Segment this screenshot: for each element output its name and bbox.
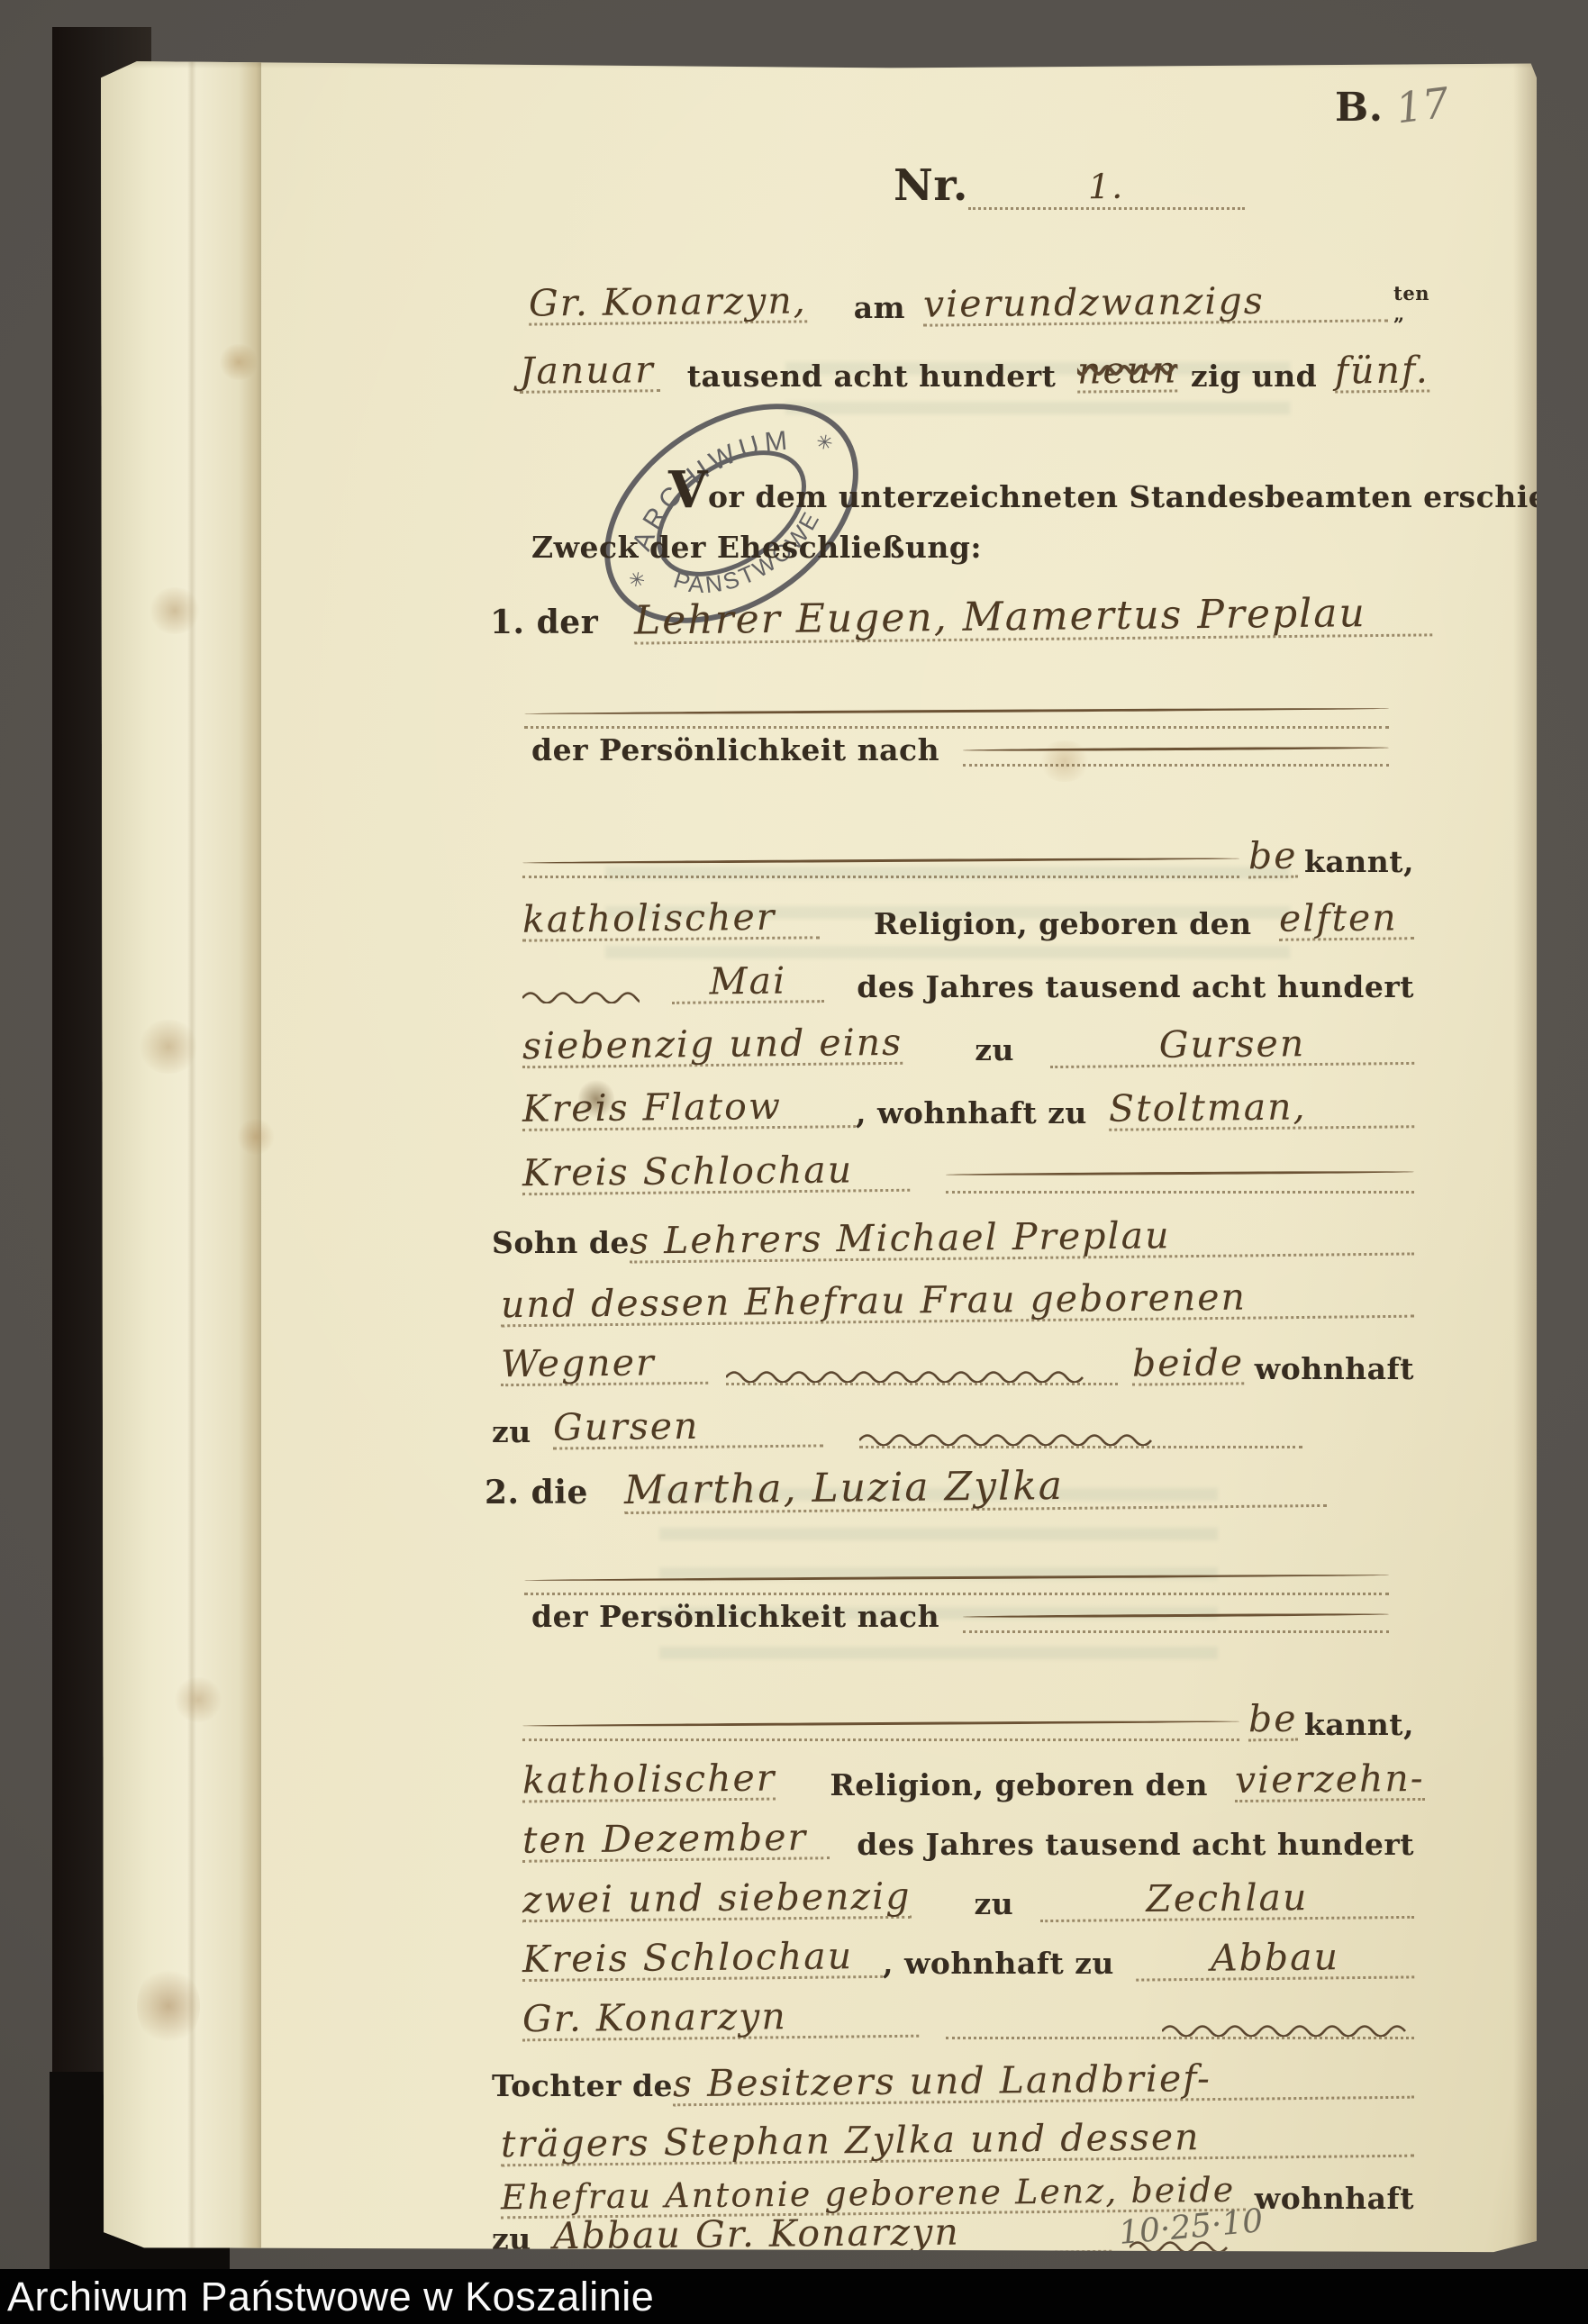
crossed-out-line	[963, 724, 1389, 767]
bride-birth-place-handwritten: Zechlau	[1040, 1877, 1414, 1922]
groom-residence-handwritten: Stoltman,	[1109, 1086, 1415, 1131]
bride-parents-residence-handwritten: Abbau Gr. Konarzyn	[553, 2211, 1112, 2259]
form-intro-line2: Zweck der Eheschließung:	[531, 531, 982, 564]
groom-birth-year-line: siebenzig und eins zu Gursen	[522, 1025, 1414, 1067]
crossed-out-line	[524, 686, 1389, 729]
groom-index-label: 1. der	[490, 605, 598, 641]
zu-label: zu	[975, 1888, 1014, 1920]
record-number-line: Nr. 1.	[894, 162, 1245, 210]
bride-father-handwritten: s Besitzers und Landbrief-	[673, 2057, 1414, 2107]
groom-birth-kreis-handwritten: Kreis Flatow	[522, 1086, 856, 1131]
groom-identity-line: der Persönlichkeit nach	[531, 724, 1389, 767]
bride-mother-line: Ehefrau Antonie geborene Lenz, beide woh…	[501, 2176, 1414, 2215]
bride-religion-handwritten: katholischer	[522, 1759, 776, 1803]
bride-bekannt-line: be kannt,	[522, 1699, 1414, 1741]
bride-birth-month-handwritten: ten Dezember	[522, 1818, 830, 1863]
groom-birth-month-line: Mai des Jahres tausend acht hundert	[522, 962, 1414, 1003]
year-units-handwritten: fünf.	[1335, 350, 1429, 393]
dash-fill	[946, 1151, 1414, 1194]
bride-birth-month-line: ten Dezember des Jahres tausend acht hun…	[522, 1820, 1414, 1861]
be-handwritten: be	[1248, 837, 1297, 879]
pers-label: der Persönlichkeit nach	[531, 734, 939, 767]
groom-parents-residence-line: zu Gursen	[492, 1407, 1302, 1448]
groom-father-handwritten: s Lehrers Michael Preplau	[630, 1213, 1415, 1263]
year-tens-handwritten: neun	[1077, 350, 1178, 393]
marriage-place-handwritten: Gr. Konarzyn,	[529, 282, 807, 326]
bride-name-handwritten: Martha, Luzia Zylka	[624, 1463, 1327, 1514]
marriage-month-handwritten: Januar	[520, 350, 660, 394]
crossed-out-line	[522, 836, 1239, 878]
page-top-shadow	[101, 56, 1537, 68]
bride-birth-day-handwritten: vierzehn-	[1235, 1759, 1425, 1802]
nr-label: Nr.	[894, 162, 968, 210]
pencil-annotation: 10·25·10	[1119, 2209, 1263, 2246]
bride-residence2-line: Gr. Konarzyn	[522, 1998, 1414, 2039]
nr-value-handwritten: 1.	[1088, 169, 1125, 207]
zu2-label: zu	[492, 2223, 531, 2256]
bride-father2-line: trägers Stephan Zylka und dessen	[501, 2120, 1414, 2162]
bride-identity-line: der Persönlichkeit nach	[531, 1591, 1389, 1633]
pencil-page-number: 17	[1393, 78, 1451, 133]
bride-religion-line: katholischer Religion, geboren den vierz…	[522, 1760, 1414, 1802]
crossed-out-line	[524, 1553, 1389, 1595]
groom-birth-month-handwritten: Mai	[672, 961, 824, 1004]
intro-text: Vor dem unterzeichneten Standesbeamten e…	[668, 463, 1588, 519]
groom-birth-place-handwritten: Gursen	[1050, 1023, 1414, 1068]
pers-label: der Persönlichkeit nach	[531, 1601, 939, 1633]
tochter-label: Tochter de	[492, 2070, 673, 2102]
form-line-date-place: Gr. Konarzyn, am vierundzwanzigs ten „	[529, 283, 1429, 324]
bride-birth-year-line: zwei und siebenzig zu Zechlau	[522, 1879, 1414, 1920]
crossed-out-line	[522, 1699, 1239, 1741]
groom-mother-line: und dessen Ehefrau Frau geborenen	[501, 1281, 1414, 1322]
kannt-label: kannt,	[1304, 1709, 1414, 1741]
purpose-text: Zweck der Eheschließung:	[531, 531, 982, 564]
religion-label: Religion, geboren den	[874, 908, 1252, 940]
zig-und-label: zig und	[1191, 360, 1317, 393]
ten-suffix: ten	[1393, 283, 1429, 304]
groom-birth-day-handwritten: elften	[1278, 898, 1414, 941]
printed-page-letter: B.	[1335, 86, 1384, 130]
crossed-out-line	[963, 1591, 1389, 1633]
jahres-label: des Jahres tausend acht hundert	[857, 1829, 1414, 1861]
groom-bekannt-line: be kannt,	[522, 836, 1414, 878]
groom-residence-kreis-handwritten: Kreis Schlochau	[522, 1150, 910, 1196]
be-handwritten: be	[1248, 1700, 1297, 1742]
groom-mother-handwritten: und dessen Ehefrau Frau geborenen	[501, 1276, 1414, 1328]
wohnhaft2-label: wohnhaft	[1255, 1353, 1414, 1385]
page-right-shadow	[1513, 56, 1537, 2256]
wohnhaft-label: , wohnhaft zu	[856, 1097, 1087, 1130]
squiggle	[946, 2001, 1414, 2039]
bride-father2-handwritten: trägers Stephan Zylka und dessen	[501, 2116, 1414, 2167]
religion-label: Religion, geboren den	[830, 1769, 1208, 1802]
zu-label: zu	[975, 1034, 1014, 1067]
groom-name-handwritten: Lehrer Eugen, Mamertus Preplau	[634, 592, 1432, 644]
bride-residence-handwritten: Abbau	[1136, 1937, 1415, 1981]
bride-birth-kreis-line: Kreis Schlochau , wohnhaft zu Abbau	[522, 1938, 1414, 1980]
archive-footer-bar: Archiwum Państwowe w Koszalinie	[0, 2269, 1588, 2324]
ten-suffix-stack: ten „	[1393, 283, 1429, 324]
sohn-label: Sohn de	[492, 1227, 630, 1259]
document-page: B. 17 Nr. 1. ARCHIWUM PAŃSTWOWE ✳ ✳ Gr. …	[101, 56, 1537, 2256]
nr-leader: 1.	[968, 169, 1245, 210]
squiggle	[522, 967, 640, 1003]
bride-residence2-handwritten: Gr. Konarzyn	[522, 1996, 919, 2042]
bride-birth-year-handwritten: zwei und siebenzig	[522, 1877, 912, 1923]
form-intro-line1: Vor dem unterzeichneten Standesbeamten e…	[668, 463, 1588, 519]
groom-mother-name-line: Wegner beide wohnhaft	[501, 1344, 1414, 1385]
groom-parents-residence-handwritten: Gursen	[553, 1405, 823, 1449]
groom-religion-line: katholischer Religion, geboren den elfte…	[522, 899, 1414, 940]
archive-scan-photo: { "footer": { "label": "Archiwum Państwo…	[0, 0, 1588, 2324]
stamp-star-right: ✳	[812, 429, 839, 457]
groom-mother-maiden-handwritten: Wegner	[501, 1343, 708, 1386]
groom-father-line: Sohn de s Lehrers Michael Preplau	[492, 1218, 1414, 1259]
groom-birth-year-handwritten: siebenzig und eins	[522, 1023, 903, 1068]
jahres-label: des Jahres tausend acht hundert	[857, 971, 1414, 1003]
wohnhaft2-label: wohnhaft	[1255, 2183, 1414, 2215]
pencil-note-text: 10·25·10	[1118, 2202, 1265, 2252]
zu2-label: zu	[492, 1416, 531, 1448]
ditto-mark: „	[1393, 304, 1405, 324]
groom-residence-kreis-line: Kreis Schlochau	[522, 1151, 1414, 1194]
squiggle	[859, 1410, 1302, 1448]
corner-annotation: B. 17	[1335, 81, 1448, 130]
groom-birth-kreis-line: Kreis Flatow , wohnhaft zu Stoltman,	[522, 1088, 1414, 1130]
page-crease	[187, 56, 196, 2256]
wohnhaft-label: , wohnhaft zu	[883, 1947, 1114, 1980]
bride-index-label: 2. die	[485, 1475, 588, 1512]
year-printed: tausend acht hundert	[687, 360, 1057, 393]
form-line-year: Januar tausend acht hundert neun zig und…	[520, 351, 1429, 393]
groom-religion-handwritten: katholischer	[522, 897, 820, 942]
empty-ruled-line	[524, 686, 1389, 729]
bride-birth-kreis-handwritten: Kreis Schlochau	[522, 1937, 883, 1982]
groom-name-line: 1. der Lehrer Eugen, Mamertus Preplau	[490, 596, 1432, 640]
am-label: am	[854, 292, 905, 324]
squiggle	[726, 1347, 1118, 1385]
bride-name-line: 2. die Martha, Luzia Zylka	[485, 1466, 1432, 1511]
beide-handwritten: beide	[1131, 1343, 1244, 1385]
page-curl-edge	[101, 56, 261, 2256]
marriage-day-handwritten: vierundzwanzigs	[923, 280, 1389, 326]
archive-name: Archiwum Państwowe w Koszalinie	[0, 2274, 654, 2319]
kannt-label: kannt,	[1304, 846, 1414, 878]
bride-father-line: Tochter de s Besitzers und Landbrief-	[492, 2061, 1414, 2102]
empty-ruled-line	[524, 1553, 1389, 1595]
stamp-star-left: ✳	[624, 567, 650, 595]
